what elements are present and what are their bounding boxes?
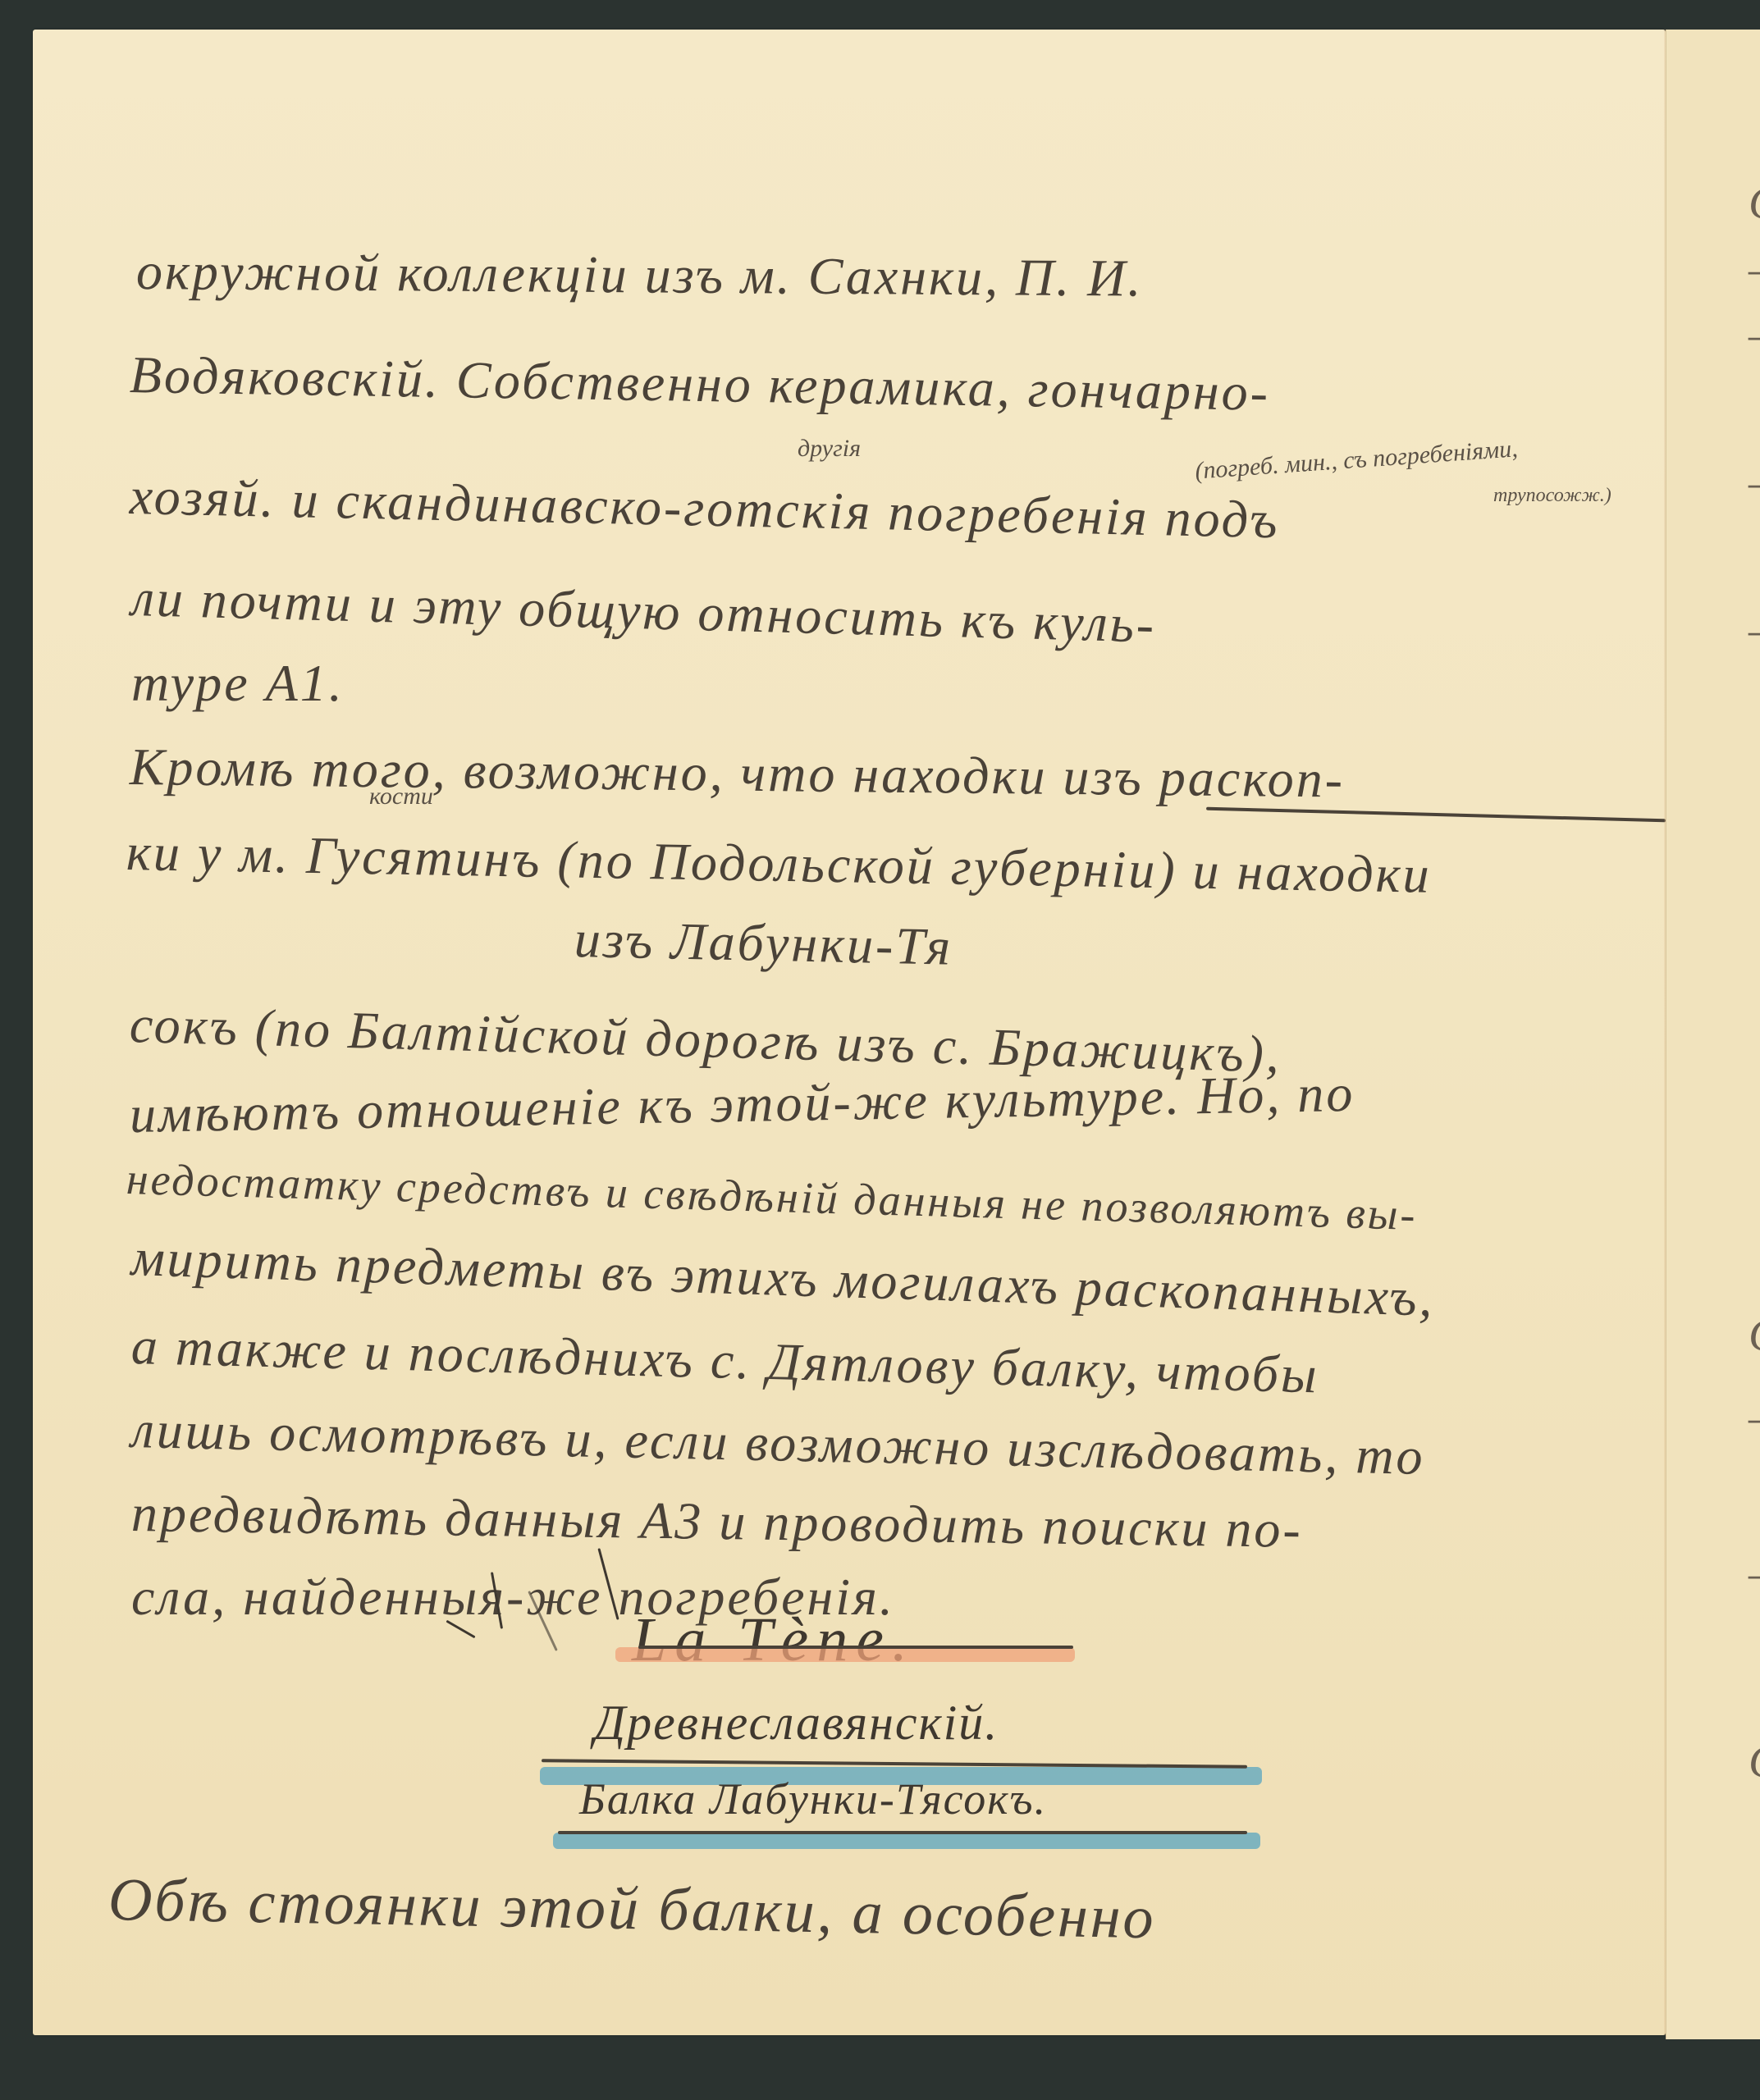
underline: [1206, 807, 1666, 823]
body-line: имѣютъ отношеніе къ этой-же культуре. Но…: [129, 1063, 1355, 1145]
interlinear-note: трупосожж.): [1493, 485, 1611, 507]
fragment: С: [1749, 1736, 1760, 1788]
fragment: —: [1749, 456, 1760, 509]
fragment: —: [1749, 1547, 1760, 1600]
interlinear-note: кости: [369, 783, 433, 810]
fragment: С: [1749, 177, 1760, 230]
section-title: La Tène.: [632, 1605, 916, 1676]
fragment: —: [1749, 243, 1760, 295]
underline: [558, 1831, 1247, 1834]
body-line: Водяковскій. Собственно керамика, гончар…: [129, 345, 1270, 423]
orange-pencil-underline: [615, 1647, 1075, 1662]
interlinear-note: другія: [798, 435, 861, 463]
section-sub-subtitle: Балка Лабунки-Тясокъ.: [579, 1774, 1047, 1824]
section-subtitle: Древнеславянскій.: [594, 1695, 999, 1751]
underline: [638, 1646, 1073, 1649]
body-line: лишь осмотрѣвъ и, если возможно изслѣдов…: [130, 1399, 1425, 1487]
body-line: недостатку средствъ и свѣдѣній данныя не…: [126, 1153, 1418, 1240]
body-line: изъ Лабунки-Тя: [574, 909, 953, 978]
interlinear-note: (погреб. мин., съ погребеніями,: [1194, 435, 1518, 485]
adjacent-page-edge: С — — — — С — — С: [1666, 30, 1760, 2039]
fragment: С: [1749, 1309, 1760, 1362]
body-line: ки у м. Гусятинъ (по Подольской губерніи…: [126, 822, 1432, 906]
blue-pencil-underline: [553, 1833, 1260, 1849]
body-line: мирить предметы въ этихъ могилахъ раскоп…: [130, 1227, 1436, 1329]
body-line: а также и послѣднихъ с. Дятлову балку, ч…: [130, 1316, 1319, 1405]
body-line-final: Обѣ стоянки этой балки, а особенно: [107, 1865, 1156, 1953]
manuscript-page: окружной коллекціи изъ м. Сахнки, П. И. …: [33, 30, 1666, 2035]
body-line: хозяй. и скандинавско-готскія погребенія…: [129, 466, 1280, 550]
fragment: —: [1749, 604, 1760, 656]
fragment: —: [1749, 308, 1760, 361]
fragment: —: [1749, 1391, 1760, 1444]
body-line: предвидѣть данныя А3 и проводить поиски …: [130, 1483, 1303, 1560]
body-line: туре А1.: [131, 653, 345, 714]
body-line: окружной коллекціи изъ м. Сахнки, П. И.: [136, 241, 1144, 309]
body-line: Кромѣ того, возможно, что находки изъ ра…: [130, 737, 1346, 810]
body-line: ли почти и эту общую относить къ куль-: [130, 568, 1157, 655]
